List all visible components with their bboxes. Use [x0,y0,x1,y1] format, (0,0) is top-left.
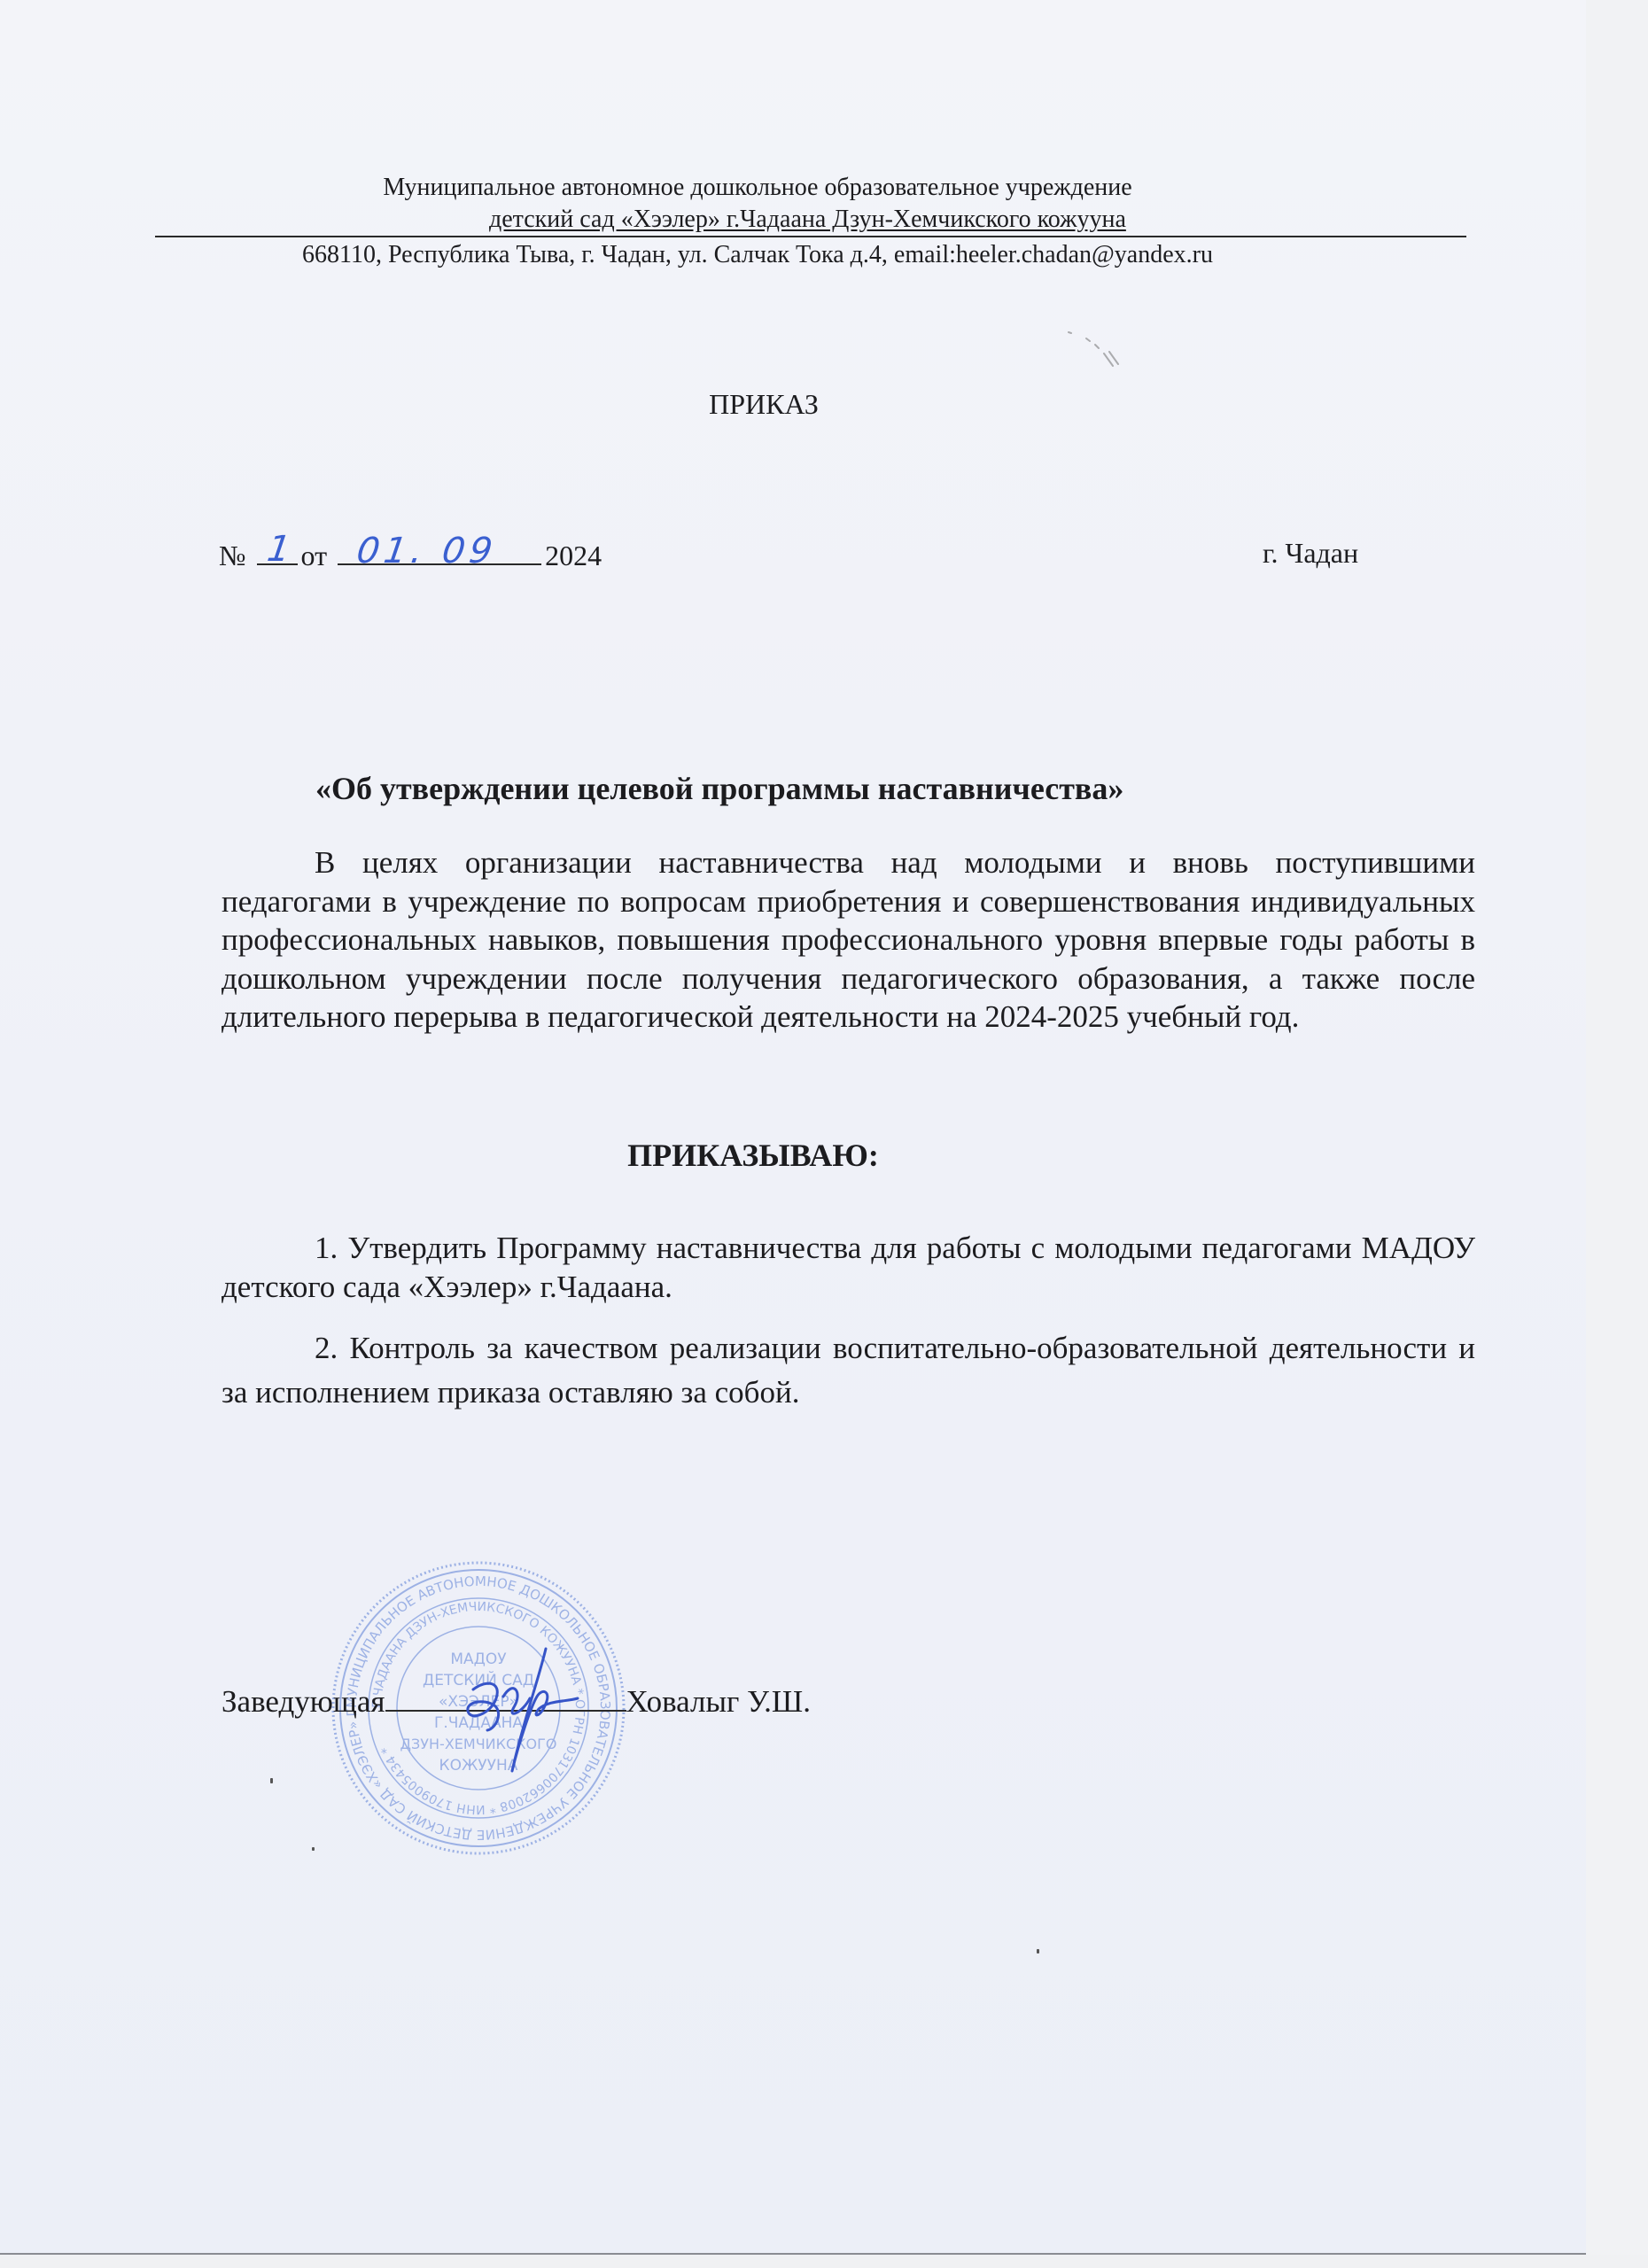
order-number-handwritten: 1 [265,532,295,567]
order-number-field: 1 [257,535,298,565]
letterhead-address: 668110, Республика Тыва, г. Чадан, ул. С… [0,241,1648,269]
scan-dot [312,1847,315,1851]
order-year: 2024 [545,540,602,571]
preamble-text: В целях организации наставничества над м… [222,845,1475,1034]
number-label: № [219,540,246,571]
scan-artifact-icon [1063,323,1125,377]
order-item-text: 2. Контроль за качеством реализации восп… [222,1331,1475,1410]
order-number-date-row: № 1от 01. 092024 [219,535,602,573]
document-type-label: ПРИКАЗ [709,388,819,420]
scan-dot [270,1778,273,1783]
signatory-name: Ховалыг У.Ш. [626,1684,811,1719]
letterhead-line-2: детский сад «Хээлер» г.Чадаана Дзун-Хемч… [489,206,1126,234]
signatory-position: Заведующая [222,1684,385,1719]
scan-bottom-edge [0,2255,1648,2268]
date-label: от [301,540,328,571]
document-type: ПРИКАЗ [0,388,1648,420]
preamble-paragraph: В целях организации наставничества над м… [222,843,1475,1037]
order-date-handwritten: 01. 09 [354,533,499,569]
handwritten-signature-icon [461,1643,585,1776]
order-heading: ПРИКАЗЫВАЮ: [0,1136,1648,1175]
order-item-2: 2. Контроль за качеством реализации восп… [222,1326,1475,1415]
letterhead-line-1: Муниципальное автономное дошкольное обра… [383,174,1131,202]
order-item-1: 1. Утвердить Программу наставничества дл… [222,1229,1475,1306]
document-page [0,0,1587,2255]
order-title: «Об утверждении целевой программы настав… [315,769,1123,808]
scan-dot [1037,1949,1039,1953]
order-heading-label: ПРИКАЗЫВАЮ: [627,1136,879,1175]
letterhead-rule: детский сад «Хээлер» г.Чадаана Дзун-Хемч… [155,206,1466,237]
order-city: г. Чадан [1263,535,1358,571]
letterhead-institution: Муниципальное автономное дошкольное обра… [0,174,1648,202]
letterhead-line-3: 668110, Республика Тыва, г. Чадан, ул. С… [302,241,1213,269]
order-item-text: 1. Утвердить Программу наставничества дл… [222,1231,1475,1304]
scan-margin [1586,0,1648,2268]
order-date-field: 01. 09 [338,535,541,565]
